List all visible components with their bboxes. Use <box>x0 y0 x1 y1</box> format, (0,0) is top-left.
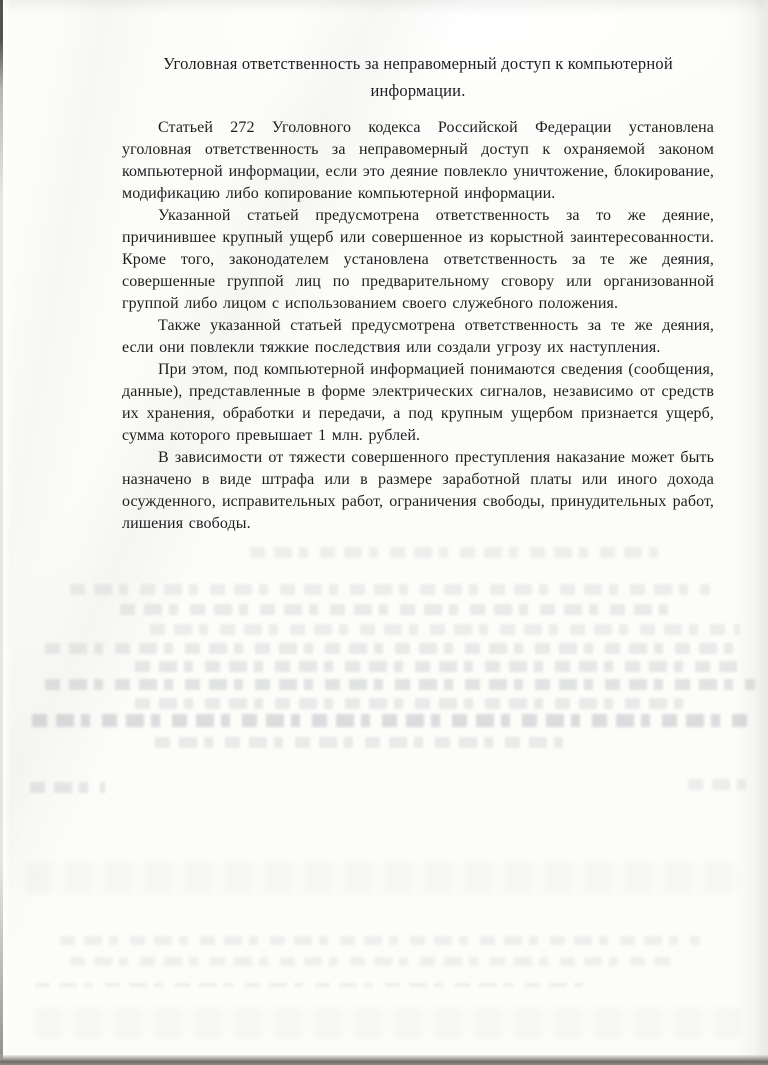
document-body: Статьей 272 Уголовного кодекса Российско… <box>122 117 714 535</box>
document-content: Уголовная ответственность за неправомерн… <box>122 0 714 535</box>
bleed-through-line <box>32 714 756 727</box>
paragraph: Указанной статьей предусмотрена ответств… <box>122 205 714 315</box>
paragraph: Статьей 272 Уголовного кодекса Российско… <box>122 117 714 205</box>
scan-edge-right <box>761 0 768 1065</box>
bleed-through-line <box>60 936 700 945</box>
bleed-through-line <box>135 698 695 709</box>
paragraph: При этом, под компьютерной информацией п… <box>122 359 714 447</box>
paragraph: Также указанной статьей предусмотрена от… <box>122 315 714 359</box>
document-title-line2: информации. <box>122 77 714 104</box>
bleed-through-line <box>150 624 740 635</box>
scan-edge-bottom <box>0 1055 768 1065</box>
bleed-through-line <box>45 643 745 654</box>
bleed-through-line <box>70 584 710 595</box>
bleed-through-line <box>45 679 755 690</box>
paper-sheet: Уголовная ответственность за неправомерн… <box>0 0 768 1065</box>
bleed-through-line <box>250 547 670 558</box>
bleed-through-line <box>120 604 680 615</box>
bleed-through-smudge <box>35 1008 740 1038</box>
bleed-through-line <box>135 661 740 672</box>
document-title-line1: Уголовная ответственность за неправомерн… <box>122 50 714 77</box>
bleed-through-smudge <box>25 862 740 894</box>
scanned-page: Уголовная ответственность за неправомерн… <box>0 0 768 1065</box>
bleed-through-line <box>35 983 595 987</box>
bleed-through-line <box>155 737 575 748</box>
document-title: Уголовная ответственность за неправомерн… <box>122 50 714 104</box>
bleed-through-line <box>70 957 670 966</box>
bleed-through-line <box>30 782 105 793</box>
paragraph: В зависимости от тяжести совершенного пр… <box>122 447 714 535</box>
bleed-through-line <box>688 779 758 790</box>
scan-edge-left-highlight <box>3 0 11 1065</box>
